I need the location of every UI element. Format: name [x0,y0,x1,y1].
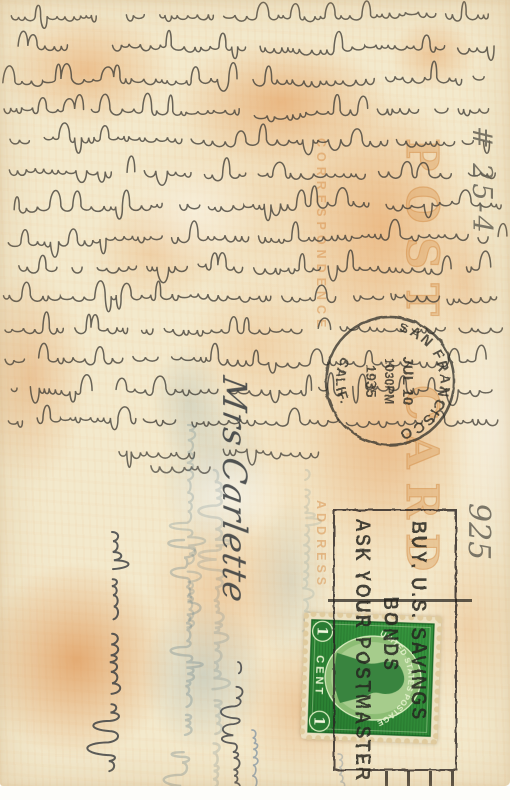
pencil-code: # 25-4 [461,126,501,302]
slogan-line-1: BUY. U.S. SAVINGS [404,521,432,732]
postcard: POST CARD CORRESPONDENCE ADDRESS Mrs Car… [0,0,510,786]
postcard-scan: POST CARD CORRESPONDENCE ADDRESS Mrs Car… [0,0,510,800]
postmark-time: 1030PM [382,358,396,405]
slogan-line-3: ASK YOUR POSTMASTER [348,519,376,732]
squiggle-line [87,532,128,771]
stamp-unit: CENT [312,655,325,697]
squiggle-line [10,123,490,155]
postmark-year: 1935 [362,364,379,397]
cancel-bar [328,599,472,602]
squiggle-line [164,540,203,786]
squiggle-line [18,31,494,61]
squiggle-line [303,470,321,631]
squiggle-line [139,466,210,473]
slogan-cancel-box: BUY. U.S. SAVINGS BONDS ASK YOUR POSTMAS… [333,509,457,771]
squiggle-line [19,250,491,283]
cancel-comb [385,771,457,786]
slogan-line-2: BONDS [376,597,404,743]
squiggle-line [11,1,488,28]
squiggle-line [9,156,495,185]
stamp-value-right: 1 [310,716,326,726]
postmark: SAN FRANCISCO CALIF. JUL 10 1030PM 1935 [320,311,460,451]
address-line-1: Mrs Carlette [205,372,263,660]
squiggle-line [4,93,489,121]
pencil-number: 925 [460,503,496,577]
squiggle-line [4,281,497,312]
svg-text:CALIF.: CALIF. [333,355,353,407]
squiggle-line [3,61,484,91]
squiggle-line [8,219,507,257]
squiggle-line [14,186,501,221]
postmark-date: JUL 10 [399,357,416,406]
stamp-value-left: 1 [313,626,329,636]
postmark-state: CALIF. [333,355,353,407]
squiggle-line [251,730,258,786]
